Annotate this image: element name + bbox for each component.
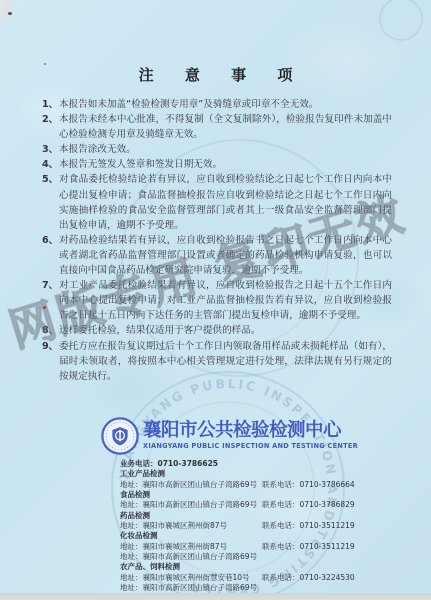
service-phone: 业务电话：0710-3786625 — [120, 459, 420, 469]
dept-name-cosmetics: 化妆品检测 — [120, 531, 420, 541]
address-text: 地址：襄阳市高新区团山镇台子湾路69号 — [120, 552, 257, 561]
note-item-9: 9、 委托方应在报告复议期过后十个工作日内领取备用样品或未损耗样品（如有），届时… — [42, 339, 392, 384]
phone-text: 联系电话：0710-3786664 — [262, 480, 355, 490]
scan-speck — [43, 306, 46, 309]
notice-page: XIANGYANG PUBLIC INSPECTION AND TESTING … — [0, 0, 431, 600]
note-item-7: 7、 对工业产品委托检验结果若有异议，应自收到检验报告之日起十五个工作日内向本中… — [42, 278, 392, 323]
org-name-en: XIANGYANG PUBLIC INSPECTION AND TESTING … — [143, 442, 358, 450]
address-text: 地址：襄阳市高新区团山镇台子湾路69号 — [120, 500, 257, 509]
org-header: 襄阳市公共检验检测中心 XIANGYANG PUBLIC INSPECTION … — [100, 414, 358, 458]
dept-name-agri-feed: 农产品、饲料检测 — [120, 562, 420, 572]
note-number: 9、 — [42, 339, 59, 384]
note-number: 4、 — [42, 157, 59, 172]
note-item-5: 5、 对食品委托检验结论若有异议，应自收到检验结论之日起七个工作日内向本中心提出… — [42, 172, 392, 232]
org-names: 襄阳市公共检验检测中心 XIANGYANG PUBLIC INSPECTION … — [143, 414, 358, 450]
note-text: 送样委托检验，结果仅适用于客户提供的样品。 — [59, 323, 392, 338]
seal-ring-corner-icon — [380, 0, 422, 40]
scan-speck — [44, 63, 46, 65]
note-item-3: 3、 本报告涂改无效。 — [42, 142, 392, 157]
address-text: 地址：襄阳市高新区团山镇台子湾路69号 — [120, 480, 257, 489]
note-text: 对药品检验结果若有异议，应自收到检验报告书之日起七个工作日内向本中心或者湖北省药… — [59, 233, 392, 278]
notes-list: 1、 本报告如未加盖“检验检测专用章”及骑缝章或印章不全无效。 2、 本报告未经… — [42, 97, 392, 384]
dept-name-industrial: 工业产品检测 — [120, 469, 420, 479]
note-number: 8、 — [42, 323, 59, 338]
address-text: 地址：襄阳市襄城区荆州街慧安巷10号 — [120, 573, 250, 582]
note-text: 本报告如未加盖“检验检测专用章”及骑缝章或印章不全无效。 — [59, 97, 392, 112]
note-item-2: 2、 本报告未经本中心批准，不得复制（全文复制除外），检验报告复印件未加盖中心检… — [42, 112, 392, 142]
address-text: 地址：襄阳市高新区团山镇台子湾路69号 — [120, 583, 257, 592]
address-text: 地址：襄阳市襄城区荆州街87号 — [120, 521, 227, 530]
note-text: 委托方应在报告复议期过后十个工作日内领取备用样品或未损耗样品（如有），届时未领取… — [59, 339, 392, 384]
dept-address-row: 地址：襄阳市高新区团山镇台子湾路69号 联系电话：0710-3786664 — [120, 480, 420, 490]
note-number: 5、 — [42, 172, 59, 232]
note-item-1: 1、 本报告如未加盖“检验检测专用章”及骑缝章或印章不全无效。 — [42, 97, 392, 112]
scan-bottom-edge — [0, 593, 431, 600]
dept-address-row: 地址：襄阳市高新区团山镇台子湾路69号 — [120, 583, 420, 593]
page-title: 注 意 事 项 — [0, 64, 431, 85]
note-number: 2、 — [42, 112, 59, 142]
phone-text: 联系电话：0710-3786829 — [262, 500, 355, 510]
dept-address-row: 地址：襄阳市高新区团山镇台子湾路69号 — [120, 552, 420, 562]
phone-text: 联系电话：0710-3511219 — [262, 542, 355, 552]
note-text: 对食品委托检验结论若有异议，应自收到检验结论之日起七个工作日内向本中心提出复检申… — [59, 172, 392, 232]
contact-block: 业务电话：0710-3786625 工业产品检测 地址：襄阳市高新区团山镇台子湾… — [120, 459, 420, 593]
dept-address-row: 地址：襄阳市高新区团山镇台子湾路69号 联系电话：0710-3786829 — [120, 500, 420, 510]
note-text: 本报告涂改无效。 — [59, 142, 392, 157]
org-name-cn: 襄阳市公共检验检测中心 — [143, 421, 358, 441]
org-logo-icon — [100, 414, 140, 458]
note-number: 6、 — [42, 233, 59, 278]
dept-address-row: 地址：襄阳市襄城区荆州街慧安巷10号 联系电话：0710-3224530 — [120, 573, 420, 583]
note-text: 本报告未经本中心批准，不得复制（全文复制除外），检验报告复印件未加盖中心检验检测… — [59, 112, 392, 142]
address-text: 地址：襄阳市襄城区荆州街87号 — [120, 542, 227, 551]
note-text: 本报告无签发人签章和签发日期无效。 — [59, 157, 392, 172]
phone-text: 联系电话：0710-3511219 — [262, 521, 355, 531]
note-number: 3、 — [42, 142, 59, 157]
note-item-4: 4、 本报告无签发人签章和签发日期无效。 — [42, 157, 392, 172]
scan-corner-artifact — [0, 0, 14, 22]
dept-name-drug: 药品检测 — [120, 511, 420, 521]
scan-speck — [8, 12, 12, 15]
phone-text: 联系电话：0710-3224530 — [262, 573, 355, 583]
note-text: 对工业产品委托检验结果若有异议，应自收到检验报告之日起十五个工作日内向本中心提出… — [59, 278, 392, 323]
note-item-8: 8、 送样委托检验，结果仅适用于客户提供的样品。 — [42, 323, 392, 338]
note-number: 1、 — [42, 97, 59, 112]
note-number: 7、 — [42, 278, 59, 323]
dept-name-food: 食品检测 — [120, 490, 420, 500]
note-item-6: 6、 对药品检验结果若有异议，应自收到检验报告书之日起七个工作日内向本中心或者湖… — [42, 233, 392, 278]
dept-address-row: 地址：襄阳市襄城区荆州街87号 联系电话：0710-3511219 — [120, 521, 420, 531]
dept-address-row: 地址：襄阳市襄城区荆州街87号 联系电话：0710-3511219 — [120, 542, 420, 552]
